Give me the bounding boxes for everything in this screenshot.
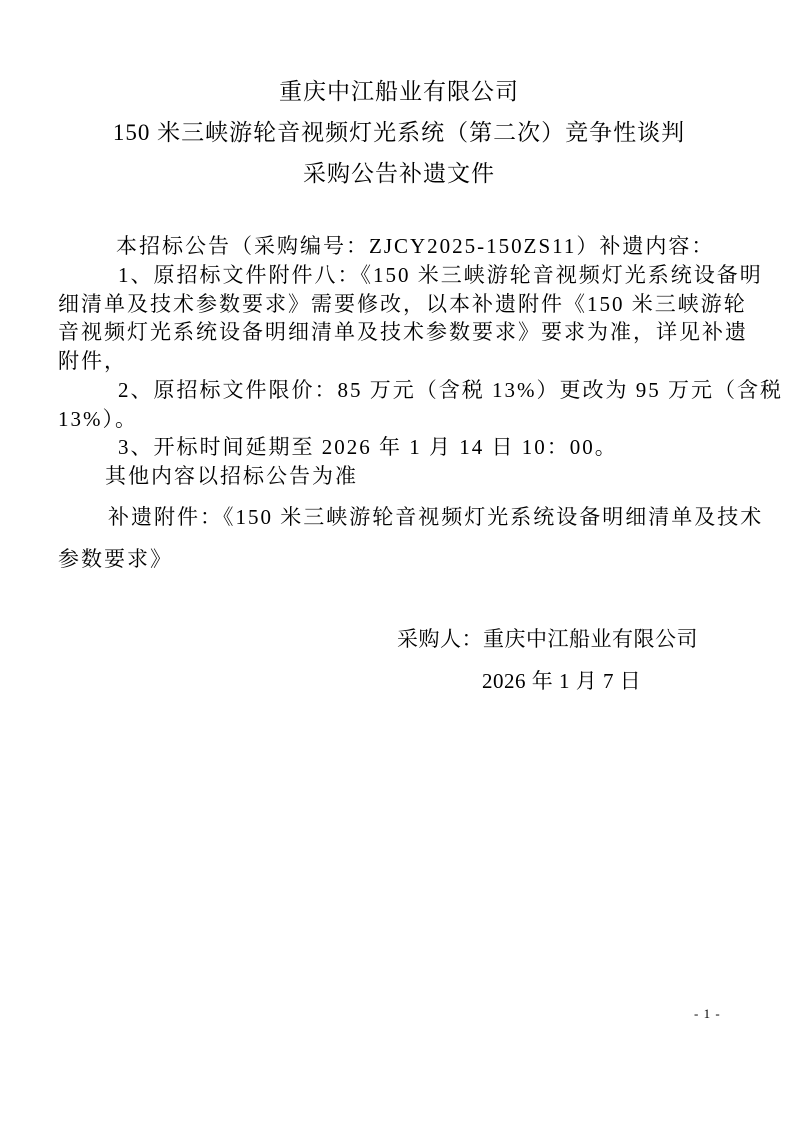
paragraph-item-1: 1、原招标文件附件八：《150 米三峡游轮音视频灯光系统设备明细清单及技术参数要… xyxy=(58,261,740,376)
purchaser-line: 采购人：重庆中江船业有限公司 xyxy=(58,618,740,660)
paragraph-attachment: 补遗附件：《150 米三峡游轮音视频灯光系统设备明细清单及技术参数要求》 xyxy=(58,496,740,580)
document-page: 重庆中江船业有限公司 150 米三峡游轮音视频灯光系统（第二次）竞争性谈判 采购… xyxy=(0,0,793,1122)
text-line: 本招标公告（采购编号：ZJCY2025-150ZS11）补遗内容： xyxy=(58,232,740,261)
text-line: 13%）。 xyxy=(58,405,740,434)
text-line: 3、开标时间延期至 2026 年 1 月 14 日 10：00。 xyxy=(58,433,740,462)
paragraph-other: 其他内容以招标公告为准 xyxy=(58,462,740,491)
text-line: 参数要求》 xyxy=(58,538,740,580)
document-title-line-2: 150 米三峡游轮音视频灯光系统（第二次）竞争性谈判 xyxy=(58,112,740,153)
date-line: 2026 年 1 月 7 日 xyxy=(58,660,740,702)
paragraph-intro: 本招标公告（采购编号：ZJCY2025-150ZS11）补遗内容： xyxy=(58,232,740,261)
text-line: 细清单及技术参数要求》需要修改，以本补遗附件《150 米三峡游轮 xyxy=(58,290,740,319)
document-title-block: 重庆中江船业有限公司 150 米三峡游轮音视频灯光系统（第二次）竞争性谈判 采购… xyxy=(58,0,740,194)
text-line: 补遗附件：《150 米三峡游轮音视频灯光系统设备明细清单及技术 xyxy=(58,496,740,538)
text-line: 附件， xyxy=(58,347,740,376)
text-line: 1、原招标文件附件八：《150 米三峡游轮音视频灯光系统设备明 xyxy=(58,261,740,290)
paragraph-item-3: 3、开标时间延期至 2026 年 1 月 14 日 10：00。 xyxy=(58,433,740,462)
document-title-line-3: 采购公告补遗文件 xyxy=(58,153,740,194)
document-title-line-1: 重庆中江船业有限公司 xyxy=(58,71,740,112)
document-body: 本招标公告（采购编号：ZJCY2025-150ZS11）补遗内容：1、原招标文件… xyxy=(58,232,740,580)
text-line: 音视频灯光系统设备明细清单及技术参数要求》要求为准，详见补遗 xyxy=(58,318,740,347)
page-number: - 1 - xyxy=(694,1006,721,1022)
document-content: 重庆中江船业有限公司 150 米三峡游轮音视频灯光系统（第二次）竞争性谈判 采购… xyxy=(58,0,740,702)
text-line: 2、原招标文件限价：85 万元（含税 13%）更改为 95 万元（含税 xyxy=(58,376,740,405)
signature-block: 采购人：重庆中江船业有限公司 2026 年 1 月 7 日 xyxy=(58,618,740,702)
text-line: 其他内容以招标公告为准 xyxy=(58,462,740,491)
paragraph-item-2: 2、原招标文件限价：85 万元（含税 13%）更改为 95 万元（含税13%）。 xyxy=(58,376,740,434)
